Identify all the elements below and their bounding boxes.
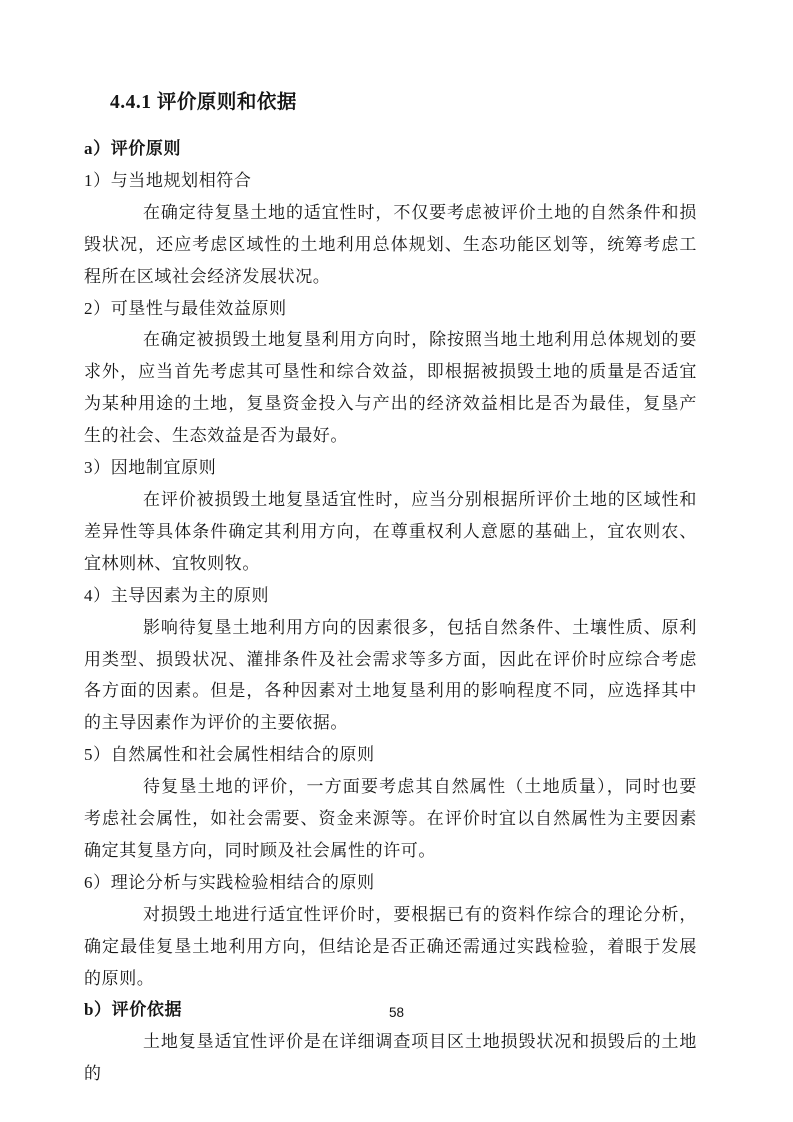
document-body: a）评价原则 1）与当地规划相符合 在确定待复垦土地的适宜性时，不仅要考虑被评价…: [84, 133, 697, 1090]
paragraph-principle-2: 在确定被损毁土地复垦利用方向时，除按照当地土地利用总体规划的要求外，应当首先考虑…: [84, 324, 697, 452]
paragraph-basis-intro: 土地复垦适宜性评价是在详细调查项目区土地损毁状况和损毁后的土地的: [84, 1026, 697, 1090]
page-number: 58: [389, 1005, 404, 1020]
principle-item-3: 3）因地制宜原则: [84, 452, 697, 484]
paragraph-principle-5: 待复垦土地的评价，一方面要考虑其自然属性（土地质量），同时也要考虑社会属性，如社…: [84, 771, 697, 867]
paragraph-principle-6: 对损毁土地进行适宜性评价时，要根据已有的资料作综合的理论分析，确定最佳复垦土地利…: [84, 899, 697, 995]
page-footer: 58: [0, 1004, 793, 1022]
paragraph-principle-1: 在确定待复垦土地的适宜性时，不仅要考虑被评价土地的自然条件和损毁状况，还应考虑区…: [84, 197, 697, 293]
principle-item-1: 1）与当地规划相符合: [84, 165, 697, 197]
principle-item-6: 6）理论分析与实践检验相结合的原则: [84, 867, 697, 899]
paragraph-principle-3: 在评价被损毁土地复垦适宜性时，应当分别根据所评价土地的区域性和差异性等具体条件确…: [84, 484, 697, 580]
document-page: 4.4.1 评价原则和依据 a）评价原则 1）与当地规划相符合 在确定待复垦土地…: [0, 0, 793, 1122]
subheading-a: a）评价原则: [84, 133, 697, 165]
section-heading: 4.4.1 评价原则和依据: [0, 0, 793, 118]
paragraph-principle-4: 影响待复垦土地利用方向的因素很多，包括自然条件、土壤性质、原利用类型、损毁状况、…: [84, 612, 697, 740]
principle-item-2: 2）可垦性与最佳效益原则: [84, 293, 697, 325]
principle-item-5: 5）自然属性和社会属性相结合的原则: [84, 739, 697, 771]
principle-item-4: 4）主导因素为主的原则: [84, 580, 697, 612]
